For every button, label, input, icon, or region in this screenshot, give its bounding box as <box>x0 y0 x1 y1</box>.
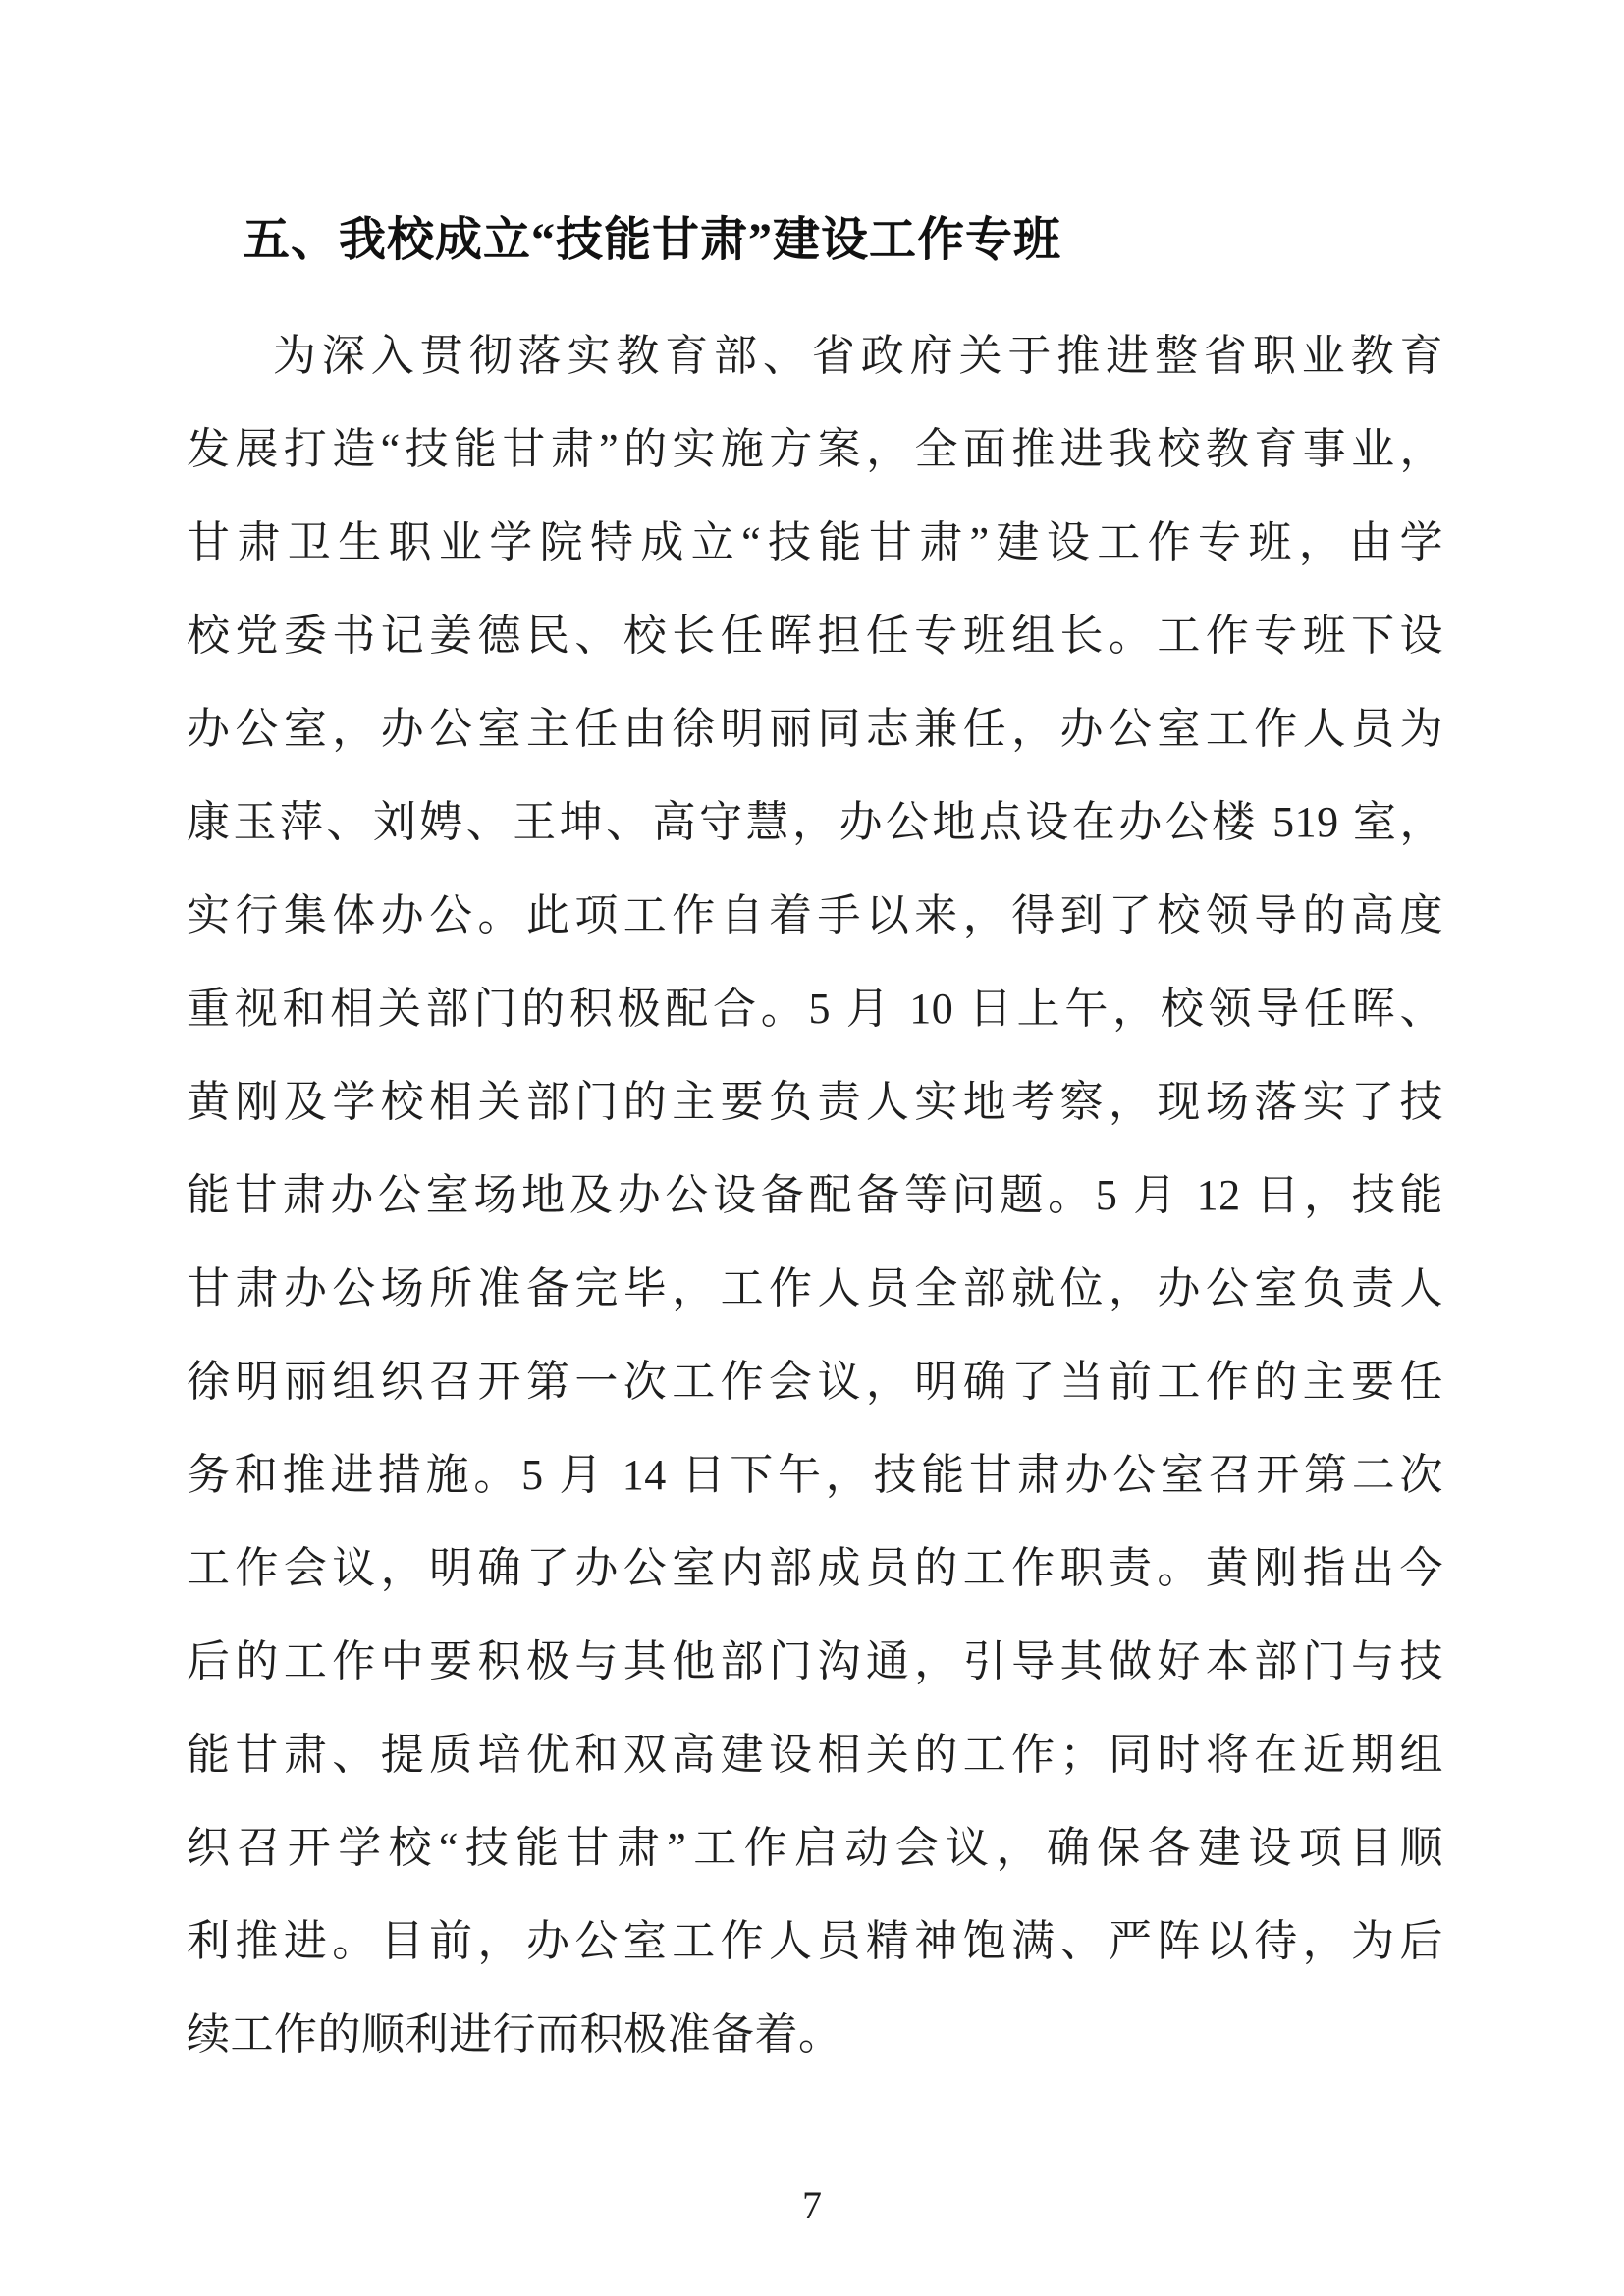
body-line: 务和推进措施。5 月 14 日下午，技能甘肃办公室召开第二次 <box>187 1428 1443 1522</box>
body-line: 为深入贯彻落实教育部、省政府关于推进整省职业教育 <box>187 309 1443 402</box>
body-line: 后的工作中要积极与其他部门沟通，引导其做好本部门与技 <box>187 1615 1443 1708</box>
body-line: 徐明丽组织召开第一次工作会议，明确了当前工作的主要任 <box>187 1335 1443 1428</box>
body-line: 甘肃卫生职业学院特成立“技能甘肃”建设工作专班，由学 <box>187 496 1443 589</box>
body-line: 续工作的顺利进行而积极准备着。 <box>187 1988 1443 2081</box>
body-line: 校党委书记姜德民、校长任晖担任专班组长。工作专班下设 <box>187 589 1443 682</box>
body-line: 办公室，办公室主任由徐明丽同志兼任，办公室工作人员为 <box>187 682 1443 775</box>
page-number: 7 <box>802 2183 822 2227</box>
body-paragraph: 为深入贯彻落实教育部、省政府关于推进整省职业教育 发展打造“技能甘肃”的实施方案… <box>187 309 1443 2081</box>
page-footer: 7 <box>0 2182 1624 2229</box>
body-line: 康玉萍、刘娉、王坤、高守慧，办公地点设在办公楼 519 室， <box>187 775 1443 869</box>
body-line: 工作会议，明确了办公室内部成员的工作职责。黄刚指出今 <box>187 1522 1443 1615</box>
body-line: 能甘肃、提质培优和双高建设相关的工作；同时将在近期组 <box>187 1708 1443 1801</box>
body-line: 实行集体办公。此项工作自着手以来，得到了校领导的高度 <box>187 869 1443 962</box>
body-line: 发展打造“技能甘肃”的实施方案，全面推进我校教育事业， <box>187 402 1443 496</box>
document-page: 五、我校成立“技能甘肃”建设工作专班 为深入贯彻落实教育部、省政府关于推进整省职… <box>0 0 1624 2296</box>
body-line: 黄刚及学校相关部门的主要负责人实地考察，现场落实了技 <box>187 1055 1443 1148</box>
body-line: 利推进。目前，办公室工作人员精神饱满、严阵以待，为后 <box>187 1895 1443 1988</box>
page-content: 五、我校成立“技能甘肃”建设工作专班 为深入贯彻落实教育部、省政府关于推进整省职… <box>187 201 1443 2081</box>
section-heading: 五、我校成立“技能甘肃”建设工作专班 <box>187 201 1443 280</box>
body-line: 重视和相关部门的积极配合。5 月 10 日上午，校领导任晖、 <box>187 962 1443 1055</box>
body-line: 织召开学校“技能甘肃”工作启动会议，确保各建设项目顺 <box>187 1801 1443 1895</box>
body-line: 甘肃办公场所准备完毕，工作人员全部就位，办公室负责人 <box>187 1242 1443 1335</box>
body-line: 能甘肃办公室场地及办公设备配备等问题。5 月 12 日，技能 <box>187 1148 1443 1242</box>
